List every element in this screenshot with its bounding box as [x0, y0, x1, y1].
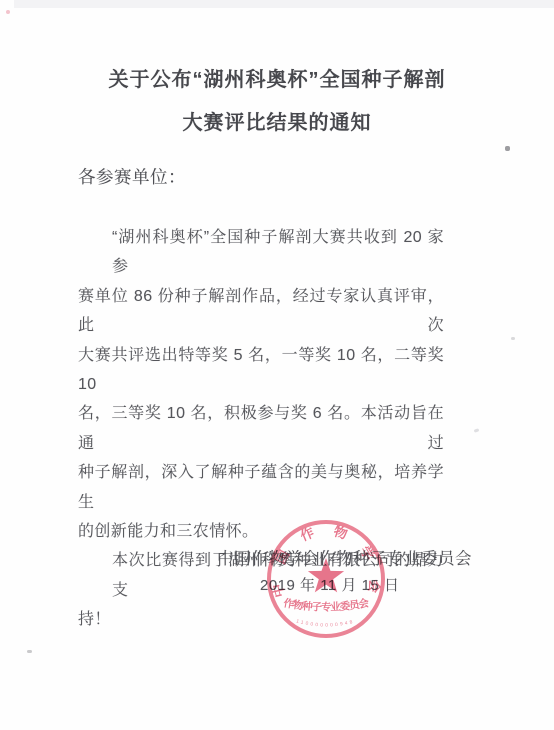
body-line: 持！	[78, 605, 444, 634]
document-title: 关于公布“湖州科奥杯”全国种子解剖 大赛评比结果的通知	[0, 59, 554, 145]
official-seal: 中国作物学会 作物种子专业委员会 110000000948	[265, 518, 387, 640]
scan-speck	[511, 337, 515, 340]
title-line-2: 大赛评比结果的通知	[0, 102, 554, 145]
svg-text:110000000948: 110000000948	[295, 618, 353, 628]
body-line: 的创新能力和三农情怀。	[78, 517, 444, 546]
body-line: 名，三等奖 10 名，积极参与奖 6 名。本活动旨在通过	[78, 399, 444, 458]
document-body: “湖州科奥杯”全国种子解剖大赛共收到 20 家参 赛单位 86 份种子解剖作品，…	[78, 223, 444, 635]
body-line: 大赛共评选出特等奖 5 名，一等奖 10 名，二等奖 10	[78, 341, 444, 400]
title-line-1: 关于公布“湖州科奥杯”全国种子解剖	[0, 59, 554, 102]
scan-speck	[474, 428, 480, 433]
scan-edge-artifact	[14, 0, 554, 8]
scan-speck	[27, 650, 32, 653]
scanned-notice-page: 关于公布“湖州科奥杯”全国种子解剖 大赛评比结果的通知 各参赛单位： “湖州科奥…	[0, 0, 554, 730]
body-line: 种子解剖，深入了解种子蕴含的美与奥秘，培养学生	[78, 458, 444, 517]
seal-bottom-text: 作物种子专业委员会	[282, 596, 370, 613]
seal-serial-number: 110000000948	[295, 618, 353, 628]
body-line: 赛单位 86 份种子解剖作品，经过专家认真评审，此次	[78, 282, 444, 341]
seal-graphic: 中国作物学会 作物种子专业委员会 110000000948	[265, 518, 387, 640]
scan-speck	[505, 146, 510, 151]
svg-text:作物种子专业委员会: 作物种子专业委员会	[282, 596, 370, 613]
scan-speck	[6, 10, 10, 14]
body-line: “湖州科奥杯”全国种子解剖大赛共收到 20 家参	[78, 223, 444, 282]
salutation: 各参赛单位：	[78, 164, 186, 189]
seal-star-icon	[308, 558, 344, 592]
